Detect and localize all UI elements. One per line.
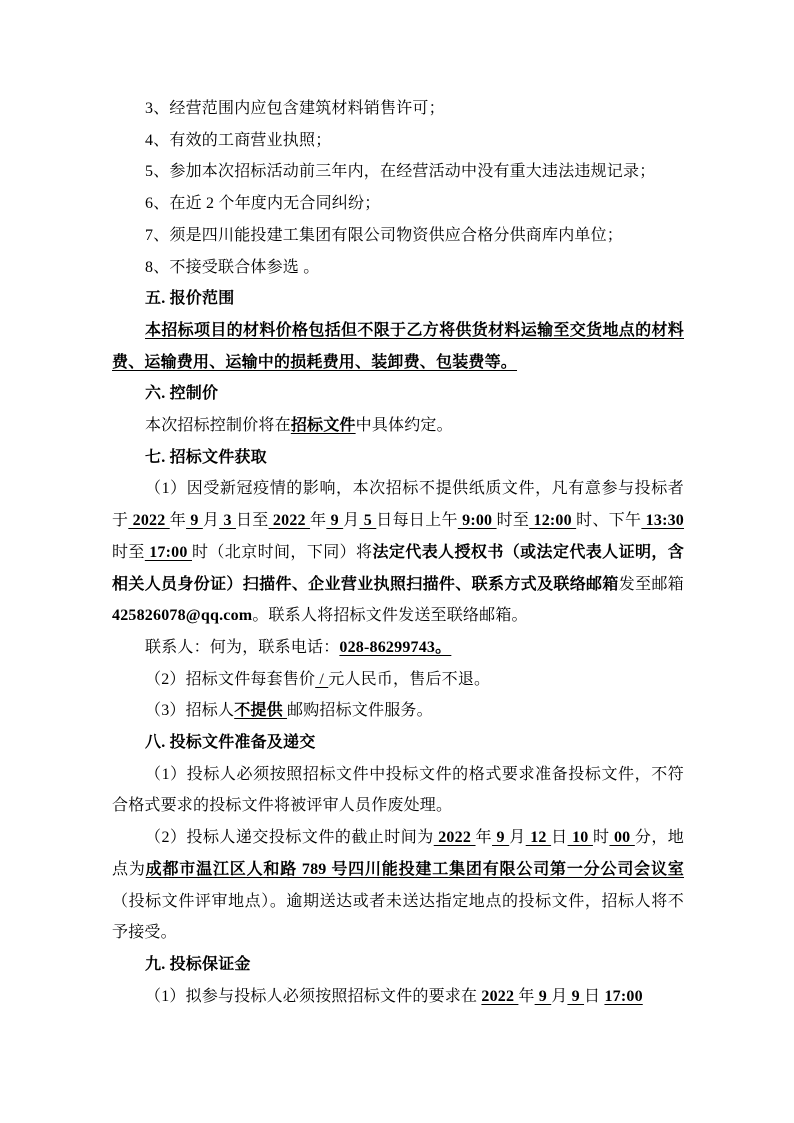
- text-run: 年: [476, 829, 493, 846]
- text-run: （1）投标人必须按照招标文件中投标文件的格式要求准备投标文件，不符合格式要求的投…: [112, 766, 684, 815]
- text-run: 4、有效的工商营业执照；: [145, 132, 331, 149]
- text-run: 12: [526, 829, 551, 846]
- text-run: 9:00: [458, 512, 497, 529]
- text-run: 9: [567, 988, 584, 1005]
- qualification-item-4: 4、有效的工商营业执照；: [112, 125, 684, 157]
- text-run: 028-86299743。: [339, 639, 451, 656]
- para-control-price: 本次招标控制价将在招标文件中具体约定。: [112, 410, 684, 442]
- text-run: 本招标项目的材料价格包括但不限于乙方将供货材料运输至交货地点的材料费、运输费用、…: [112, 322, 684, 371]
- text-run: 9: [492, 829, 509, 846]
- text-run: 月: [203, 512, 219, 529]
- text-run: 日至: [236, 512, 269, 529]
- text-run: 9: [535, 988, 552, 1005]
- text-run: 5、参加本次招标活动前三年内，在经营活动中没有重大违法违规记录；: [145, 163, 655, 180]
- text-run: （投标文件评审地点）。逾期送达或者未送达指定地点的投标文件，招标人将不予接受。: [112, 893, 684, 942]
- text-run: 2022: [434, 829, 476, 846]
- text-run: 日: [551, 829, 568, 846]
- text-run: 17:00: [604, 988, 642, 1005]
- text-run: 邮购招标文件服务。: [287, 702, 433, 719]
- text-run: 联系人：何为，联系电话：: [145, 639, 339, 656]
- text-run: 成都市温江区人和路 789 号四川能投建工集团有限公司第一分公司会议室: [146, 861, 684, 878]
- para-7-2-document-price: （2）招标文件每套售价 / 元人民币，售后不退。: [112, 664, 684, 696]
- text-run: 6、在近 2 个年度内无合同纠纷；: [145, 195, 380, 212]
- para-contact-person: 联系人：何为，联系电话：028-86299743。: [112, 632, 684, 664]
- text-run: 年: [518, 988, 534, 1005]
- para-8-2-bid-deadline: （2）投标人递交投标文件的截止时间为 2022 年 9 月 12 日 10 时 …: [112, 822, 684, 949]
- text-run: 年: [310, 512, 326, 529]
- text-run: 2022: [128, 512, 169, 529]
- text-run: 时: [593, 829, 610, 846]
- text-run: 不提供: [234, 702, 287, 719]
- heading-section-9: 九. 投标保证金: [112, 949, 684, 981]
- text-run: （2）投标人递交投标文件的截止时间为: [145, 829, 434, 846]
- text-run: 七. 招标文件获取: [145, 449, 267, 466]
- heading-section-8: 八. 投标文件准备及递交: [112, 727, 684, 759]
- text-run: 时至: [497, 512, 530, 529]
- para-8-1-bid-format: （1）投标人必须按照招标文件中投标文件的格式要求准备投标文件，不符合格式要求的投…: [112, 759, 684, 822]
- text-run: 13:30: [641, 512, 684, 529]
- text-run: 招标文件: [291, 417, 356, 434]
- text-run: 00: [609, 829, 634, 846]
- text-run: 7、须是四川能投建工集团有限公司物资供应合格分供商库内单位；: [145, 227, 623, 244]
- text-run: 17:00: [145, 544, 192, 561]
- qualification-item-3: 3、经营范围内应包含建筑材料销售许可；: [112, 93, 684, 125]
- text-run: 发至邮箱: [619, 576, 684, 593]
- text-run: 2022: [481, 988, 518, 1005]
- text-run: 9: [186, 512, 203, 529]
- text-run: 2022: [269, 512, 310, 529]
- text-run: 六. 控制价: [145, 385, 218, 402]
- document-page: 3、经营范围内应包含建筑材料销售许可；4、有效的工商营业执照；5、参加本次招标活…: [0, 0, 794, 1123]
- text-run: 月: [509, 829, 526, 846]
- text-run: 五. 报价范围: [145, 290, 234, 307]
- heading-section-6: 六. 控制价: [112, 378, 684, 410]
- qualification-item-8: 8、不接受联合体参选 。: [112, 252, 684, 284]
- heading-section-5: 五. 报价范围: [112, 283, 684, 315]
- text-run: 3、经营范围内应包含建筑材料销售许可；: [145, 100, 445, 117]
- qualification-item-7: 7、须是四川能投建工集团有限公司物资供应合格分供商库内单位；: [112, 220, 684, 252]
- text-run: 年: [170, 512, 186, 529]
- heading-section-7: 七. 招标文件获取: [112, 442, 684, 474]
- text-run: 时、下午: [576, 512, 641, 529]
- text-run: 12:00: [529, 512, 576, 529]
- text-run: 5: [359, 512, 376, 529]
- text-run: （2）招标文件每套售价: [145, 671, 315, 688]
- text-run: 八. 投标文件准备及递交: [145, 734, 315, 751]
- para-quote-scope: 本招标项目的材料价格包括但不限于乙方将供货材料运输至交货地点的材料费、运输费用、…: [112, 315, 684, 378]
- text-run: 日: [584, 988, 604, 1005]
- text-run: 本次招标控制价将在: [145, 417, 291, 434]
- para-7-1-document-obtain: （1）因受新冠疫情的影响，本次招标不提供纸质文件，凡有意参与投标者于 2022 …: [112, 473, 684, 632]
- text-run: 8、不接受联合体参选 。: [145, 259, 319, 276]
- text-run: 。联系人将招标文件发送至联络邮箱。: [252, 607, 527, 624]
- text-run: 元人民币，售后不退。: [328, 671, 490, 688]
- text-run: 中具体约定。: [356, 417, 453, 434]
- text-run: 时至: [112, 544, 145, 561]
- text-run: 425826078@qq.com: [112, 607, 252, 624]
- text-run: 时（北京时间，下同）将: [192, 544, 372, 561]
- text-run: 10: [568, 829, 593, 846]
- text-run: 月: [551, 988, 567, 1005]
- qualification-item-5: 5、参加本次招标活动前三年内，在经营活动中没有重大违法违规记录；: [112, 156, 684, 188]
- text-run: （3）招标人: [145, 702, 234, 719]
- para-7-3-no-mail-order: （3）招标人不提供 邮购招标文件服务。: [112, 695, 684, 727]
- text-run: 3: [219, 512, 236, 529]
- qualification-item-6: 6、在近 2 个年度内无合同纠纷；: [112, 188, 684, 220]
- text-run: /: [315, 671, 328, 688]
- document-content: 3、经营范围内应包含建筑材料销售许可；4、有效的工商营业执照；5、参加本次招标活…: [112, 93, 684, 1012]
- text-run: 月: [343, 512, 359, 529]
- text-run: （1）拟参与投标人必须按照招标文件的要求在: [145, 988, 481, 1005]
- text-run: 9: [326, 512, 343, 529]
- text-run: 日每日上午: [376, 512, 458, 529]
- text-run: 九. 投标保证金: [145, 956, 251, 973]
- para-9-1-bid-bond: （1）拟参与投标人必须按照招标文件的要求在 2022 年 9 月 9 日 17:…: [112, 981, 684, 1013]
